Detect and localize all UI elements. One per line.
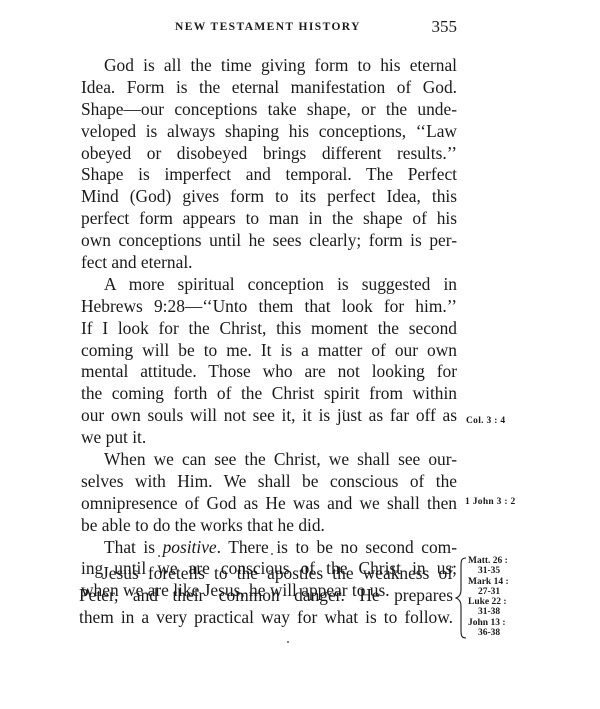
text-line: we put it.: [81, 427, 457, 449]
paragraph-hebrews: A more spiritual conception is suggested…: [81, 274, 457, 449]
text-line: Idea. Form is the eternal manifestation …: [81, 77, 457, 99]
text-fragment: . There is to be no second com-: [217, 537, 457, 557]
text-line: Shape—our conceptions take shape, or the…: [81, 99, 457, 121]
text-line: Hebrews 9:28—‘‘Unto them that look for h…: [81, 296, 457, 318]
reference-book: Mark 14 :: [468, 577, 528, 587]
text-line: be able to do the works that he did.: [81, 515, 457, 537]
reference-book: Matt. 26 :: [468, 556, 528, 566]
paragraph-see-christ: When we can see the Christ, we shall see…: [81, 449, 457, 537]
text-line: the coming forth of the Christ spirit fr…: [81, 383, 457, 405]
page-number: 355: [432, 17, 458, 37]
paragraph-jesus-foretells: Jesus foretells to the apostles the weak…: [79, 563, 453, 629]
running-title: NEW TESTAMENT HISTORY: [175, 21, 361, 33]
text-line: selves with Him. We shall be conscious o…: [81, 471, 457, 493]
text-line: coming will be to me. It is a matter of …: [81, 340, 457, 362]
text-fragment: That is: [104, 537, 163, 557]
print-speck: [287, 641, 289, 643]
text-line: mental attitude. Those who are not looki…: [81, 361, 457, 383]
text-line: obeyed or disobeyed brings different res…: [81, 143, 457, 165]
reference-john: John 13 : 36-38: [468, 618, 528, 639]
text-line: That is positive. There is to be no seco…: [81, 537, 457, 559]
reference-mark: Mark 14 : 27-31: [468, 577, 528, 598]
text-line: omnipresence of God as He was and we sha…: [81, 493, 457, 515]
print-speck: [343, 410, 345, 412]
print-speck: [158, 555, 160, 557]
text-line: God is all the time giving form to his e…: [81, 55, 457, 77]
scripture-reference-list: Matt. 26 : 31-35 Mark 14 : 27-31 Luke 22…: [468, 556, 528, 638]
running-head: NEW TESTAMENT HISTORY 355: [175, 19, 457, 39]
text-line: fect and eternal.: [81, 252, 457, 274]
margin-note-1-john-3-2: 1 John 3 : 2: [465, 497, 516, 507]
text-line: perfect form appears to man in the shape…: [81, 208, 457, 230]
text-line: them in a very practical way for what is…: [79, 607, 453, 629]
reference-matthew: Matt. 26 : 31-35: [468, 556, 528, 577]
text-line: Mind (God) gives form to its perfect Ide…: [81, 186, 457, 208]
margin-note-col-3-4: Col. 3 : 4: [466, 416, 505, 426]
text-line: Jesus foretells to the apostles the weak…: [79, 563, 453, 585]
reference-verses: 31-38: [468, 607, 528, 617]
reference-verses: 31-35: [468, 566, 528, 576]
text-line: Shape is imperfect and temporal. The Per…: [81, 164, 457, 186]
text-line: If I look for the Christ, this moment th…: [81, 318, 457, 340]
paragraph-form-and-shape: God is all the time giving form to his e…: [81, 55, 457, 274]
text-line: A more spiritual conception is suggested…: [81, 274, 457, 296]
reference-luke: Luke 22 : 31-38: [468, 597, 528, 618]
text-line: Peter, and their common danger. He prepa…: [79, 585, 453, 607]
reference-book: John 13 :: [468, 618, 528, 628]
text-line: veloped is always shaping his conception…: [81, 121, 457, 143]
text-line: our own souls will not see it, it is jus…: [81, 405, 457, 427]
emphasis-positive: positive: [163, 537, 217, 557]
reference-book: Luke 22 :: [468, 597, 528, 607]
body-text: God is all the time giving form to his e…: [81, 55, 457, 602]
print-speck: [271, 553, 273, 555]
curly-brace-icon: [455, 557, 467, 639]
reference-verses: 36-38: [468, 628, 528, 638]
text-line: own conceptions until he sees clearly; f…: [81, 230, 457, 252]
reference-verses: 27-31: [468, 587, 528, 597]
text-line: When we can see the Christ, we shall see…: [81, 449, 457, 471]
